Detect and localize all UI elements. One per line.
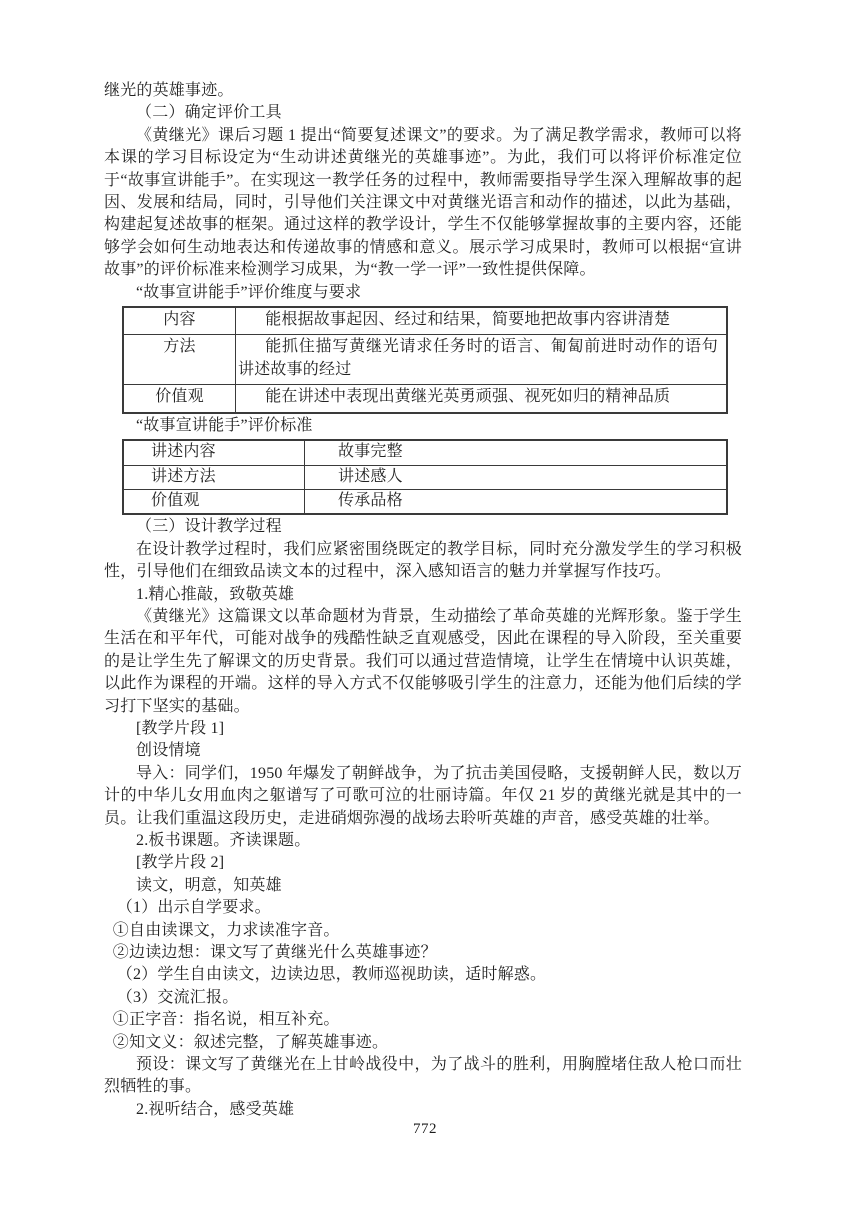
paragraph-continuation: 继光的英雄事迹。 (104, 80, 742, 102)
list-item-3b: ②知文义：叙述完整，了解英雄事迹。 (104, 1032, 742, 1054)
table-row: 讲述方法 讲述感人 (123, 465, 727, 489)
subsection-1: 1.精心推敲，致敬英雄 (104, 584, 742, 606)
criteria-text: 故事完整 (305, 440, 728, 465)
criteria-text: 讲述感人 (305, 465, 728, 489)
list-item-1b: ②边读边想：课文写了黄继光什么英雄事迹？ (104, 942, 742, 964)
list-item-1a: ①自由读课文，力求读准字音。 (104, 920, 742, 942)
paragraph-expected-answer: 预设：课文写了黄继光在上甘岭战役中，为了战斗的胜利，用胸膛堵住敌人枪口而壮烈牺牲… (104, 1054, 742, 1099)
table-row: 讲述内容 故事完整 (123, 440, 727, 465)
list-item-2: （2）学生自由读文，边读边思，教师巡视助读，适时解惑。 (104, 964, 742, 986)
dimension-text: 能根据故事起因、经过和结果，简要地把故事内容讲清楚 (236, 307, 728, 335)
fragment-2-title: 读文，明意，知英雄 (104, 875, 742, 897)
paragraph-design: 在设计教学过程时，我们应紧密围绕既定的教学目标，同时充分激发学生的学习积极性，引… (104, 539, 742, 584)
paragraph-background: 《黄继光》这篇课文以革命题材为背景，生动描绘了革命英雄的光辉形象。鉴于学生生活在… (104, 606, 742, 718)
teaching-fragment-1-label: [教学片段 1] (104, 718, 742, 740)
table-row: 内容 能根据故事起因、经过和结果，简要地把故事内容讲清楚 (123, 307, 727, 335)
page-number: 772 (0, 1121, 850, 1138)
dimension-label: 价值观 (123, 385, 236, 413)
table-row: 方法 能抓住描写黄继光请求任务时的语言、匍匐前进时动作的语句讲述故事的经过 (123, 335, 727, 385)
paragraph-lead-in: 导入：同学们，1950 年爆发了朝鲜战争，为了抗击美国侵略，支援朝鲜人民，数以万… (104, 763, 742, 830)
table-row: 价值观 能在讲述中表现出黄继光英勇顽强、视死如归的精神品质 (123, 385, 727, 413)
evaluation-criteria-table: 讲述内容 故事完整 讲述方法 讲述感人 价值观 传承品格 (122, 439, 728, 515)
table2-caption: “故事宣讲能手”评价标准 (104, 415, 742, 437)
criteria-label: 价值观 (123, 489, 305, 514)
table1-caption: “故事宣讲能手”评价维度与要求 (104, 282, 742, 304)
dimension-text: 能抓住描写黄继光请求任务时的语言、匍匐前进时动作的语句讲述故事的经过 (236, 335, 728, 385)
evaluation-dimensions-table: 内容 能根据故事起因、经过和结果，简要地把故事内容讲清楚 方法 能抓住描写黄继光… (122, 306, 728, 414)
dimension-text: 能在讲述中表现出黄继光英勇顽强、视死如归的精神品质 (236, 385, 728, 413)
paragraph-evaluation-tool: 《黄继光》课后习题 1 提出“简要复述课文”的要求。为了满足教学需求，教师可以将… (104, 125, 742, 282)
list-item-1: （1）出示自学要求。 (104, 897, 742, 919)
list-item-3a: ①正字音：指名说，相互补充。 (104, 1009, 742, 1031)
subsection-2: 2.视听结合，感受英雄 (104, 1099, 742, 1121)
fragment-1-title: 创设情境 (104, 740, 742, 762)
section-heading-3: （三）设计教学过程 (104, 516, 742, 538)
teaching-fragment-2-label: [教学片段 2] (104, 852, 742, 874)
criteria-label: 讲述方法 (123, 465, 305, 489)
list-item-3: （3）交流汇报。 (104, 987, 742, 1009)
page-content: 继光的英雄事迹。 （二）确定评价工具 《黄继光》课后习题 1 提出“简要复述课文… (104, 80, 742, 1121)
step-2-board-title: 2.板书课题。齐读课题。 (104, 830, 742, 852)
section-heading-2: （二）确定评价工具 (104, 102, 742, 124)
dimension-label: 方法 (123, 335, 236, 385)
dimension-label: 内容 (123, 307, 236, 335)
table-row: 价值观 传承品格 (123, 489, 727, 514)
document-page: 继光的英雄事迹。 （二）确定评价工具 《黄继光》课后习题 1 提出“简要复述课文… (0, 0, 850, 1205)
criteria-label: 讲述内容 (123, 440, 305, 465)
criteria-text: 传承品格 (305, 489, 728, 514)
